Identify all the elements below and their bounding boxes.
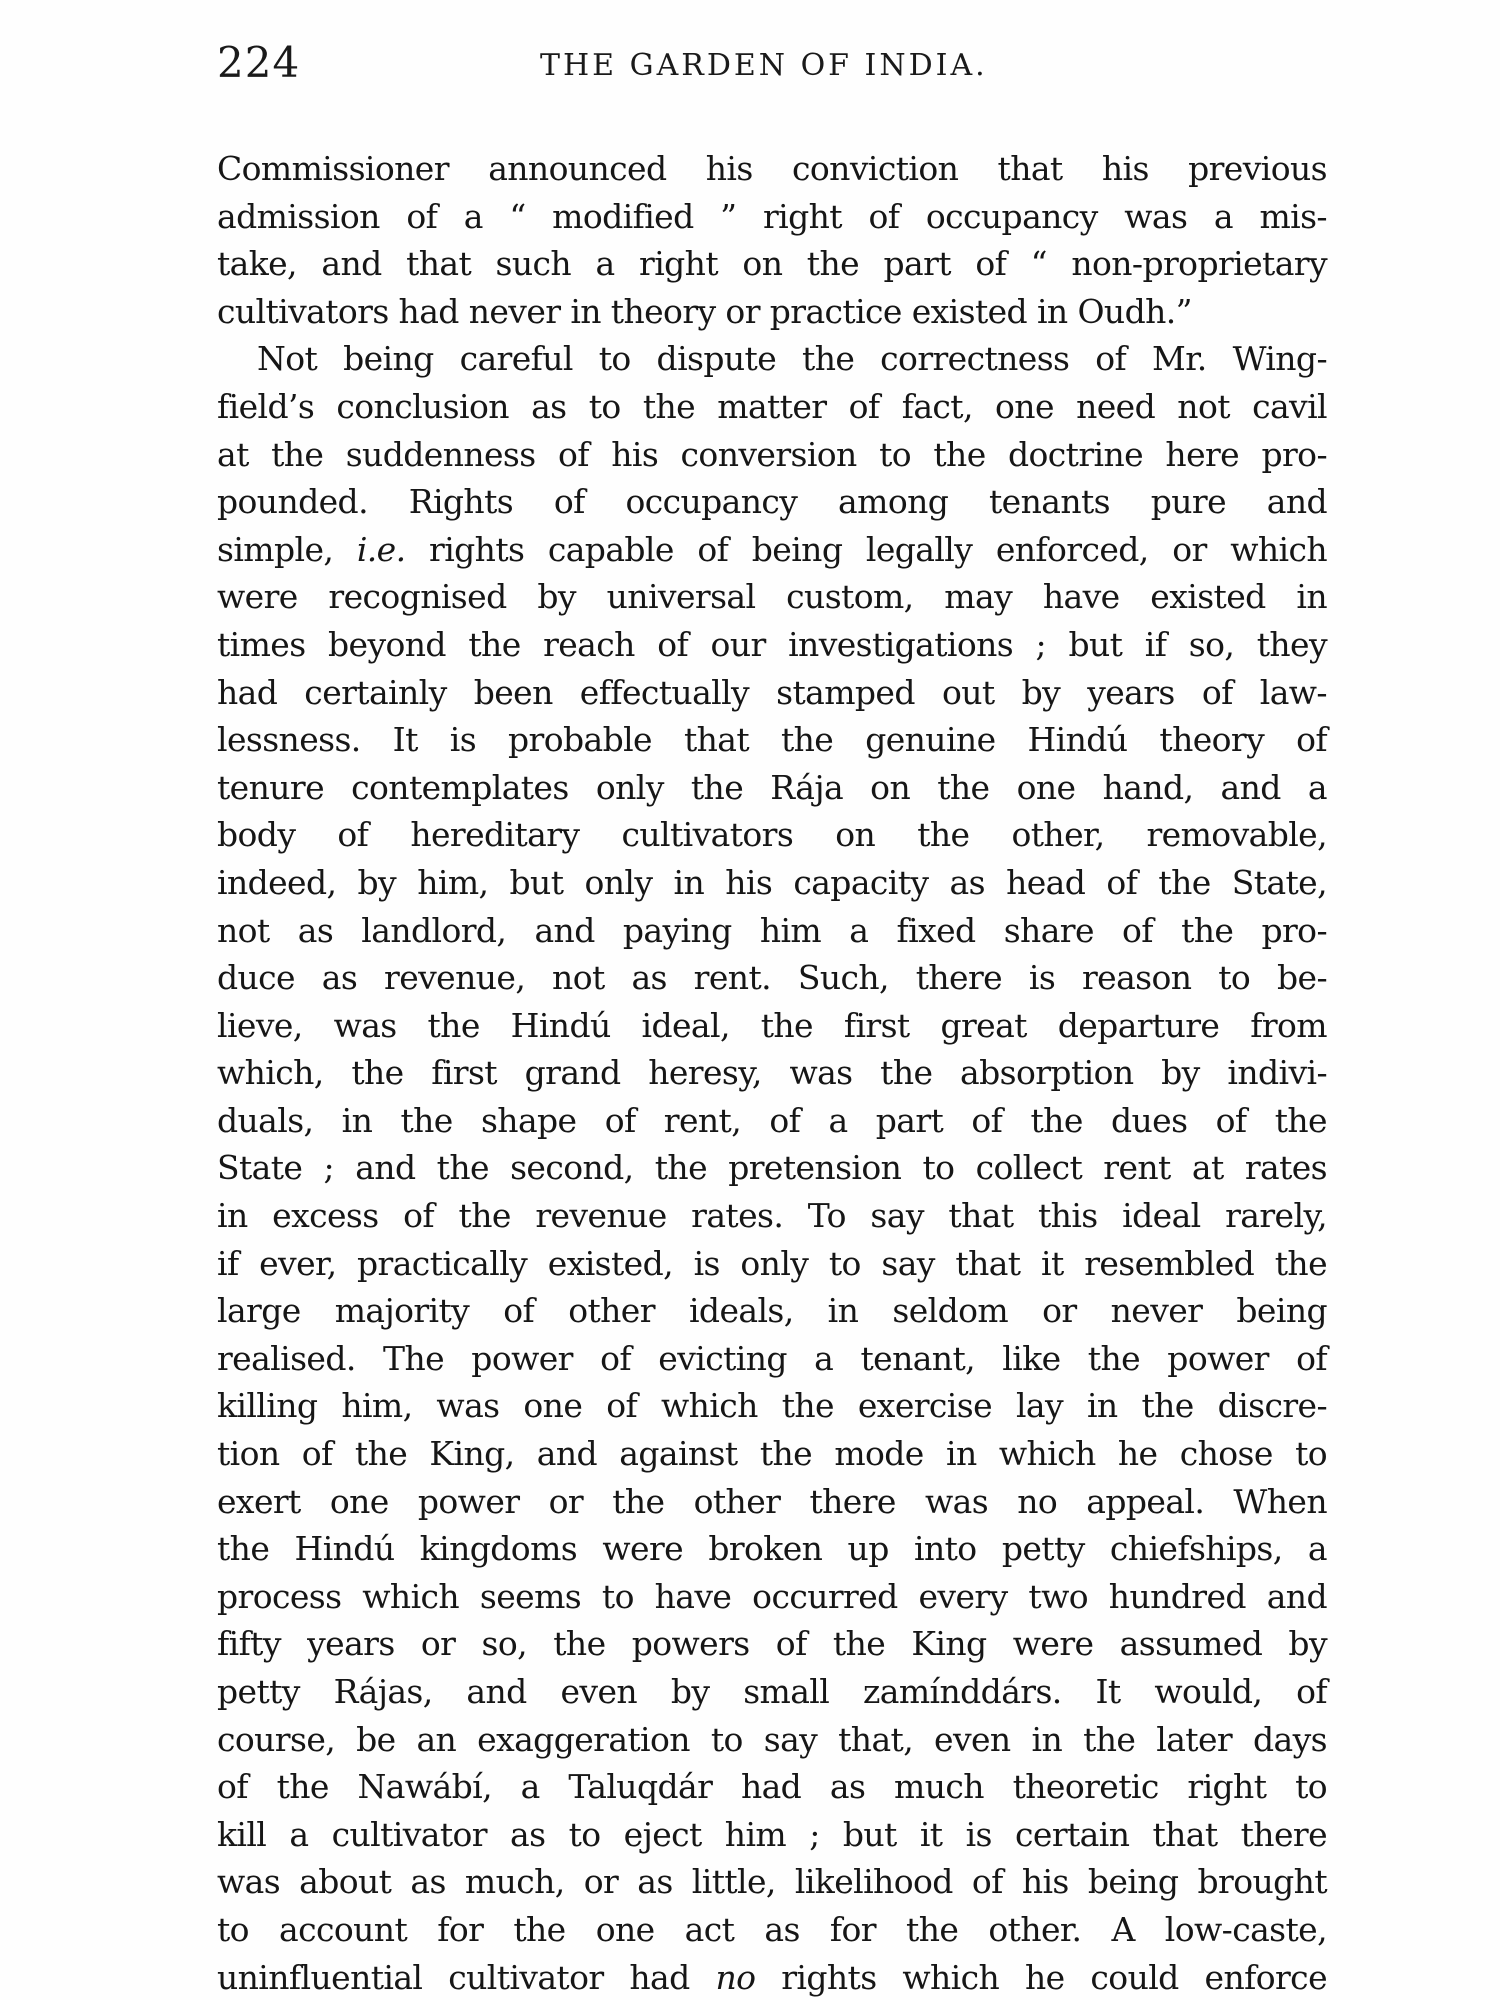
- running-title: THE GARDEN OF INDIA.: [540, 48, 988, 83]
- text-line: simple, i.e. rights capable of being leg…: [217, 526, 1327, 574]
- text-line: duce as revenue, not as rent. Such, ther…: [217, 954, 1327, 1002]
- text-line: duals, in the shape of rent, of a part o…: [217, 1097, 1327, 1145]
- text-line: kill a cultivator as to eject him ; but …: [217, 1811, 1327, 1859]
- text-line: realised. The power of evicting a tenant…: [217, 1335, 1327, 1383]
- text-line: were recognised by universal custom, may…: [217, 573, 1327, 621]
- page-number: 224: [217, 38, 300, 87]
- text-line: body of hereditary cultivators on the ot…: [217, 811, 1327, 859]
- text-line: fifty years or so, the powers of the Kin…: [217, 1620, 1327, 1668]
- text-line: lieve, was the Hindú ideal, the first gr…: [217, 1002, 1327, 1050]
- text-line: admission of a “ modified ” right of occ…: [217, 193, 1327, 241]
- text-line: cultivators had never in theory or pract…: [217, 288, 1327, 336]
- text-line: tion of the King, and against the mode i…: [217, 1430, 1327, 1478]
- text-line: field’s conclusion as to the matter of f…: [217, 383, 1327, 431]
- text-line: times beyond the reach of our investigat…: [217, 621, 1327, 669]
- text-line: to account for the one act as for the ot…: [217, 1906, 1327, 1954]
- text-line: exert one power or the other there was n…: [217, 1478, 1327, 1526]
- text-line: lessness. It is probable that the genuin…: [217, 716, 1327, 764]
- text-line: course, be an exaggeration to say that, …: [217, 1716, 1327, 1764]
- text-line: Commissioner announced his conviction th…: [217, 145, 1327, 193]
- text-line: take, and that such a right on the part …: [217, 240, 1327, 288]
- book-page: 224 THE GARDEN OF INDIA. Commissioner an…: [0, 0, 1500, 2000]
- italic-phrase: no: [715, 1958, 755, 1997]
- text-line: tenure contemplates only the Rája on the…: [217, 764, 1327, 812]
- text-line: uninfluential cultivator had no rights w…: [217, 1954, 1327, 2000]
- text-line: not as landlord, and paying him a fixed …: [217, 907, 1327, 955]
- text-line: in excess of the revenue rates. To say t…: [217, 1192, 1327, 1240]
- text-line: State ; and the second, the pretension t…: [217, 1144, 1327, 1192]
- text-line: had certainly been effectually stamped o…: [217, 669, 1327, 717]
- text-line: indeed, by him, but only in his capacity…: [217, 859, 1327, 907]
- text-line: the Hindú kingdoms were broken up into p…: [217, 1525, 1327, 1573]
- italic-phrase: i.e.: [357, 530, 406, 569]
- text-line: process which seems to have occurred eve…: [217, 1573, 1327, 1621]
- text-line: large majority of other ideals, in seldo…: [217, 1287, 1327, 1335]
- text-line: at the suddenness of his conversion to t…: [217, 431, 1327, 479]
- running-head: 224 THE GARDEN OF INDIA.: [217, 38, 1327, 90]
- text-line: petty Rájas, and even by small zamínddár…: [217, 1668, 1327, 1716]
- text-line: which, the first grand heresy, was the a…: [217, 1049, 1327, 1097]
- text-line: was about as much, or as little, likelih…: [217, 1858, 1327, 1906]
- body-text: Commissioner announced his conviction th…: [217, 145, 1327, 2000]
- text-line: if ever, practically existed, is only to…: [217, 1240, 1327, 1288]
- text-line: pounded. Rights of occupancy among tenan…: [217, 478, 1327, 526]
- text-line: killing him, was one of which the exerci…: [217, 1382, 1327, 1430]
- text-line: Not being careful to dispute the correct…: [217, 335, 1327, 383]
- text-line: of the Nawábí, a Taluqdár had as much th…: [217, 1763, 1327, 1811]
